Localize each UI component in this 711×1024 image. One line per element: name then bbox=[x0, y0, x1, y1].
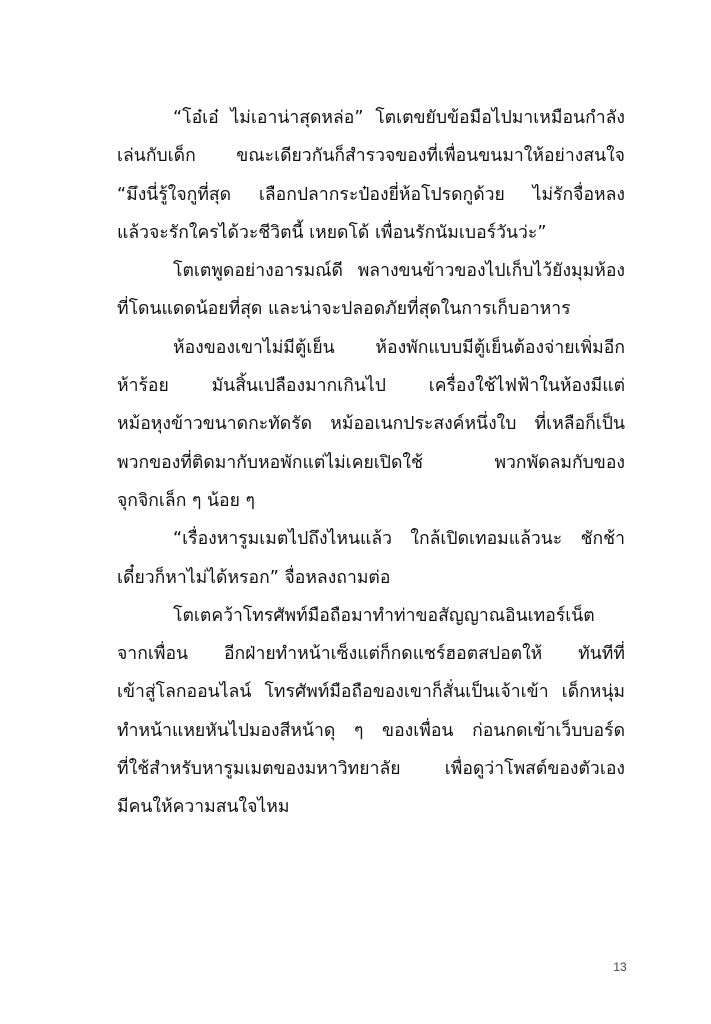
text-line: “เรื่องหารูมเมตไปถึงไหนแล้ว ใกล้เปิดเทอม… bbox=[117, 520, 625, 558]
text-line: หม้อหุงข้าวขนาดกะทัดรัด หม้ออเนกประสงค์ห… bbox=[117, 405, 625, 443]
text-line: พวกของที่ติดมากับหอพักแต่ไม่เคยเปิดใช้ พ… bbox=[117, 444, 625, 482]
text-line: จากเพื่อน อีกฝ่ายทำหน้าเซ็งแต่ก็กดแชร์ฮอ… bbox=[117, 635, 625, 673]
text-line: มีคนให้ความสนใจไหม bbox=[117, 788, 625, 826]
text-line: เข้าสู่โลกออนไลน์ โทรศัพท์มือถือของเขาก็… bbox=[117, 673, 625, 711]
text-line: “มึงนี่รู้ใจกูที่สุด เลือกปลากระป๋องยี่ห… bbox=[117, 176, 625, 214]
text-line: โตเตคว้าโทรศัพท์มือถือมาทำท่าขอสัญญาณอิน… bbox=[117, 597, 625, 635]
body-text: “โอ๋เอ๋ ไม่เอาน่าสุดหล่อ” โตเตขยับข้อมือ… bbox=[117, 99, 625, 827]
text-line: ที่ใช้สำหรับหารูมเมตของมหาวิทยาลัย เพื่อ… bbox=[117, 750, 625, 788]
text-line: ห้องของเขาไม่มีตู้เย็น ห้องพักแบบมีตู้เย… bbox=[117, 329, 625, 367]
text-line: แล้วจะรักใครได้วะชีวิตนี้ เหยดโด้ เพื่อน… bbox=[117, 214, 625, 252]
text-line: จุกจิกเล็ก ๆ น้อย ๆ bbox=[117, 482, 625, 520]
text-line: ที่โดนแดดน้อยที่สุด และน่าจะปลอดภัยที่สุ… bbox=[117, 290, 625, 328]
text-line: เล่นกับเด็ก ขณะเดียวกันก็สำรวจของที่เพื่… bbox=[117, 137, 625, 175]
document-page: “โอ๋เอ๋ ไม่เอาน่าสุดหล่อ” โตเตขยับข้อมือ… bbox=[0, 0, 711, 1024]
text-line: เดี๋ยวก็หาไม่ได้หรอก” จื่อหลงถามต่อ bbox=[117, 559, 625, 597]
text-line: “โอ๋เอ๋ ไม่เอาน่าสุดหล่อ” โตเตขยับข้อมือ… bbox=[117, 99, 625, 137]
page-number: 13 bbox=[600, 960, 640, 974]
text-line: ห้าร้อย มันสิ้นเปลืองมากเกินไป เครื่องใช… bbox=[117, 367, 625, 405]
text-line: ทำหน้าแหยหันไปมองสีหน้าดุ ๆ ของเพื่อน ก่… bbox=[117, 712, 625, 750]
text-line: โตเตพูดอย่างอารมณ์ดี พลางขนข้าวของไปเก็บ… bbox=[117, 252, 625, 290]
